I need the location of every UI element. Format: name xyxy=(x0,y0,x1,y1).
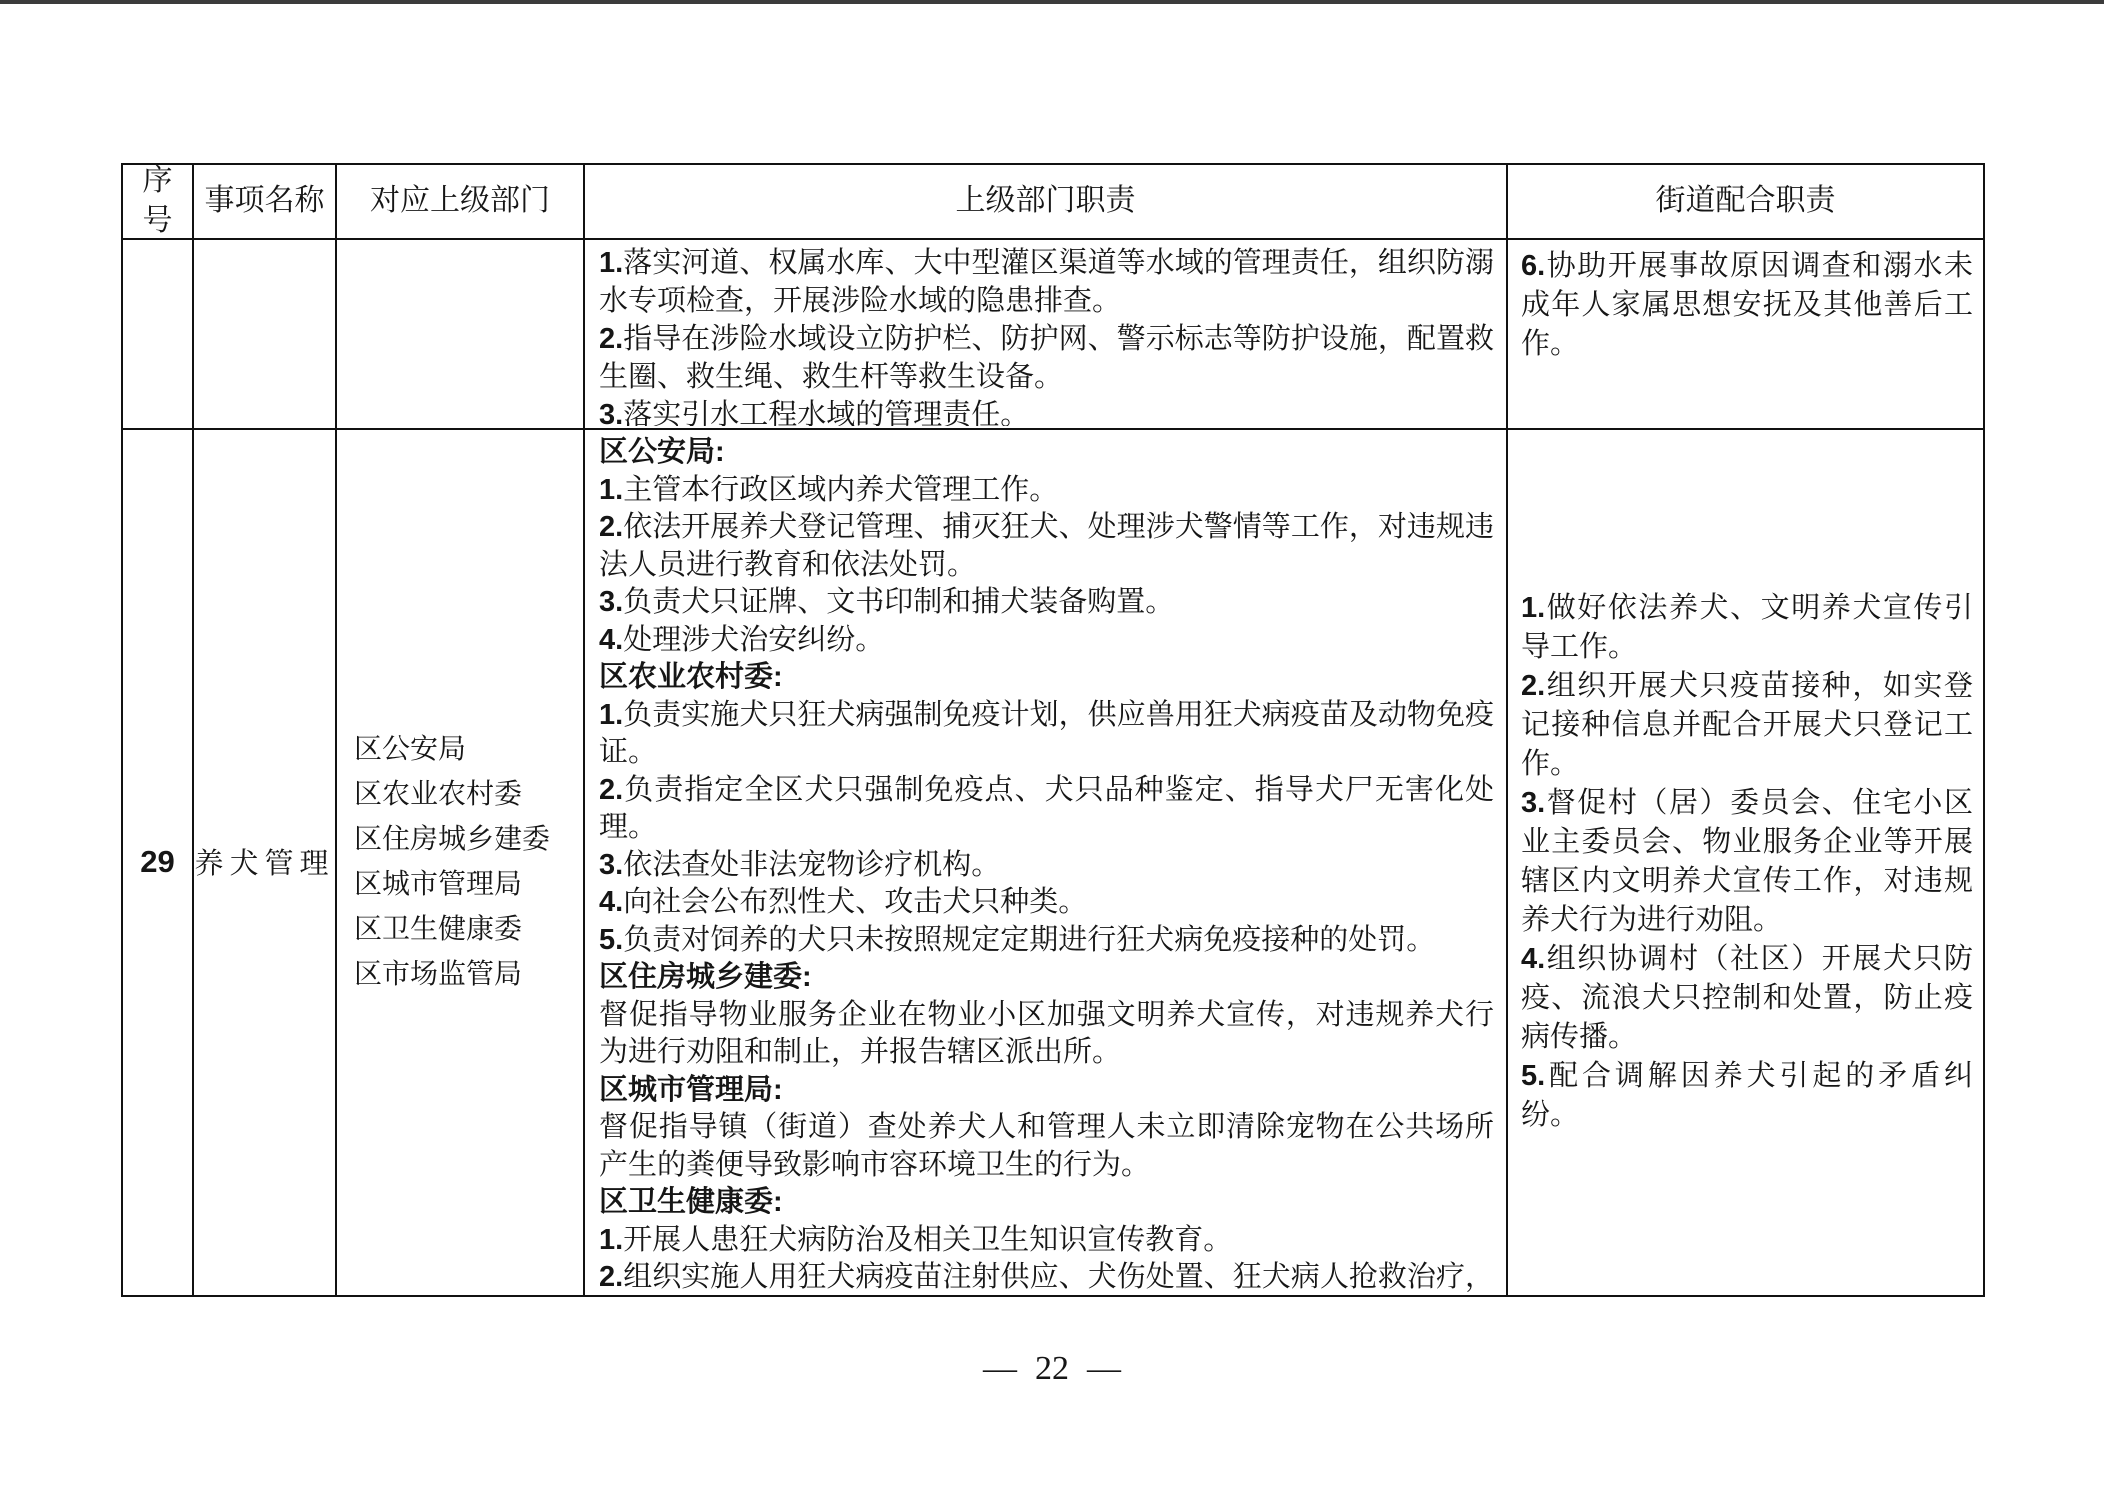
dept-heading: 区住房城乡建委: xyxy=(599,959,1494,997)
item-number: 4. xyxy=(1521,943,1545,975)
duty-item: 2.依法开展养犬登记管理、捕灭狂犬、处理涉犬警情等工作，对违规违法人员进行教育和… xyxy=(599,509,1494,584)
document-page: 序号 事项名称 对应上级部门 上级部门职责 街道配合职责 xyxy=(0,0,2104,1488)
item-text: 负责犬只证牌、文书印制和捕犬装备购置。 xyxy=(623,586,1174,618)
duty-item: 5.负责对饲养的犬只未按照规定定期进行狂犬病免疫接种的处罚。 xyxy=(599,922,1494,960)
item-text: 依法开展养犬登记管理、捕灭狂犬、处理涉犬警情等工作，对违规违法人员进行教育和依法… xyxy=(599,511,1494,581)
header-superior-duty: 上级部门职责 xyxy=(584,164,1507,239)
item-number: 4. xyxy=(599,624,623,656)
item-text: 督促指导物业服务企业在物业小区加强文明养犬宣传，对违规养犬行为进行劝阻和制止，并… xyxy=(599,999,1494,1069)
duty-item: 4.处理涉犬治安纠纷。 xyxy=(599,622,1494,660)
duty-item: 2.负责指定全区犬只强制免疫点、犬只品种鉴定、指导犬尸无害化处理。 xyxy=(599,772,1494,847)
header-superior-dept-label: 对应上级部门 xyxy=(337,165,583,236)
item-text: 落实引水工程水域的管理责任。 xyxy=(623,399,1029,426)
dept-list-item: 区市场监管局 xyxy=(354,952,583,997)
item-text: 负责实施犬只狂犬病强制免疫计划，供应兽用狂犬病疫苗及动物免疫证。 xyxy=(599,699,1494,769)
item-number: 3. xyxy=(1521,787,1545,819)
item-number: 1. xyxy=(599,474,623,506)
item-number: 2. xyxy=(599,1261,623,1293)
dept-list-item: 区城市管理局 xyxy=(354,862,583,907)
dept-list-item: 区公安局 xyxy=(354,727,583,772)
duties-table: 序号 事项名称 对应上级部门 上级部门职责 街道配合职责 xyxy=(121,163,1985,1297)
item-text: 落实河道、权属水库、大中型灌区渠道等水域的管理责任，组织防溺水专项检查，开展涉险… xyxy=(599,247,1494,317)
header-superior-duty-label: 上级部门职责 xyxy=(585,165,1506,236)
item-text: 督促村（居）委员会、住宅小区业主委员会、物业服务企业等开展辖区内文明养犬宣传工作… xyxy=(1521,787,1973,936)
duty-item: 5.配合调解因养犬引起的矛盾纠纷。 xyxy=(1521,1057,1973,1135)
duty-item: 6.协助开展事故原因调查和溺水未成年人家属思想安抚及其他善后工作。 xyxy=(1521,247,1973,364)
item-text: 组织开展犬只疫苗接种，如实登记接种信息并配合开展犬只登记工作。 xyxy=(1521,670,1973,780)
item-number: 1. xyxy=(599,247,623,279)
item-number: 1. xyxy=(599,1224,623,1256)
header-item-name-label: 事项名称 xyxy=(194,165,335,236)
duty-item: 2.组织实施人用狂犬病疫苗注射供应、犬伤处置、狂犬病人抢救治疗，开展流行病学调查… xyxy=(599,1259,1494,1293)
item-number: 2. xyxy=(599,511,623,543)
dept-heading: 区卫生健康委: xyxy=(599,1184,1494,1222)
item-number: 3. xyxy=(599,586,623,618)
item-number: 1. xyxy=(599,699,623,731)
item-number: 6. xyxy=(1521,250,1545,282)
item-text: 处理涉犬治安纠纷。 xyxy=(623,624,884,656)
item-number: 3. xyxy=(599,399,623,426)
header-seq: 序号 xyxy=(122,164,193,239)
seq-cell-empty xyxy=(122,239,193,429)
item-text: 组织协调村（社区）开展犬只防疫、流浪犬只控制和处置，防止疫病传播。 xyxy=(1521,943,1973,1053)
duty-item: 3.依法查处非法宠物诊疗机构。 xyxy=(599,847,1494,885)
seq-cell: 29 xyxy=(122,429,193,1296)
header-street-duty-label: 街道配合职责 xyxy=(1508,165,1983,236)
item-text: 开展人患狂犬病防治及相关卫生知识宣传教育。 xyxy=(623,1224,1232,1256)
dept-heading: 区城市管理局: xyxy=(599,1072,1494,1110)
duty-item: 1.落实河道、权属水库、大中型灌区渠道等水域的管理责任，组织防溺水专项检查，开展… xyxy=(599,244,1494,320)
page-number-dash-left: — xyxy=(983,1350,1017,1387)
item-text: 督促指导镇（街道）查处养犬人和管理人未立即清除宠物在公共场所产生的粪便导致影响市… xyxy=(599,1111,1494,1181)
item-number: 4. xyxy=(599,886,623,918)
street-duty-cell: 6.协助开展事故原因调查和溺水未成年人家属思想安抚及其他善后工作。 xyxy=(1507,239,1984,429)
header-street-duty: 街道配合职责 xyxy=(1507,164,1984,239)
item-text: 指导在涉险水域设立防护栏、防护网、警示标志等防护设施，配置救生圈、救生绳、救生杆… xyxy=(599,323,1494,393)
duty-item: 1.负责实施犬只狂犬病强制免疫计划，供应兽用狂犬病疫苗及动物免疫证。 xyxy=(599,697,1494,772)
duty-item: 4.向社会公布烈性犬、攻击犬只种类。 xyxy=(599,884,1494,922)
header-seq-label: 序号 xyxy=(141,161,175,241)
duty-item: 2.指导在涉险水域设立防护栏、防护网、警示标志等防护设施，配置救生圈、救生绳、救… xyxy=(599,320,1494,396)
duty-item: 1.开展人患狂犬病防治及相关卫生知识宣传教育。 xyxy=(599,1222,1494,1260)
duty-item: 2.组织开展犬只疫苗接种，如实登记接种信息并配合开展犬只登记工作。 xyxy=(1521,667,1973,784)
duty-item: 3.督促村（居）委员会、住宅小区业主委员会、物业服务企业等开展辖区内文明养犬宣传… xyxy=(1521,784,1973,940)
duty-item: 4.组织协调村（社区）开展犬只防疫、流浪犬只控制和处置，防止疫病传播。 xyxy=(1521,940,1973,1057)
item-name-cell: 养犬管理 xyxy=(193,429,336,1296)
item-text: 负责对饲养的犬只未按照规定定期进行狂犬病免疫接种的处罚。 xyxy=(623,924,1435,956)
duty-item: 督促指导镇（街道）查处养犬人和管理人未立即清除宠物在公共场所产生的粪便导致影响市… xyxy=(599,1109,1494,1184)
item-name-value: 养犬管理 xyxy=(194,841,334,882)
header-superior-dept: 对应上级部门 xyxy=(336,164,584,239)
header-item-name: 事项名称 xyxy=(193,164,336,239)
item-number: 3. xyxy=(599,849,623,881)
item-number: 2. xyxy=(599,774,623,806)
page-number: —22— xyxy=(0,1350,2104,1388)
item-text: 配合调解因养犬引起的矛盾纠纷。 xyxy=(1521,1060,1973,1131)
street-duty-cell: 1.做好依法养犬、文明养犬宣传引导工作。 2.组织开展犬只疫苗接种，如实登记接种… xyxy=(1507,429,1984,1296)
window-top-edge xyxy=(0,0,2104,4)
table-row-continuation: 1.落实河道、权属水库、大中型灌区渠道等水域的管理责任，组织防溺水专项检查，开展… xyxy=(122,239,1984,429)
table-header-row: 序号 事项名称 对应上级部门 上级部门职责 街道配合职责 xyxy=(122,164,1984,239)
item-name-cell-empty xyxy=(193,239,336,429)
superior-duty-cell: 区公安局: 1.主管本行政区域内养犬管理工作。 2.依法开展养犬登记管理、捕灭狂… xyxy=(584,429,1507,1296)
dept-heading: 区公安局: xyxy=(599,434,1494,472)
item-number: 2. xyxy=(1521,670,1545,702)
item-text: 负责指定全区犬只强制免疫点、犬只品种鉴定、指导犬尸无害化处理。 xyxy=(599,774,1494,844)
dept-heading: 区农业农村委: xyxy=(599,659,1494,697)
item-number: 5. xyxy=(599,924,623,956)
item-text: 向社会公布烈性犬、攻击犬只种类。 xyxy=(623,886,1087,918)
item-number: 2. xyxy=(599,323,623,355)
duty-item: 1.主管本行政区域内养犬管理工作。 xyxy=(599,472,1494,510)
table-row-29: 29 养犬管理 区公安局 区农业农村委 区住房城乡建委 区城市管理局 区卫生健康… xyxy=(122,429,1984,1296)
item-text: 协助开展事故原因调查和溺水未成年人家属思想安抚及其他善后工作。 xyxy=(1521,250,1973,360)
duty-item: 3.落实引水工程水域的管理责任。 xyxy=(599,396,1494,426)
duty-item: 1.做好依法养犬、文明养犬宣传引导工作。 xyxy=(1521,589,1973,667)
item-number: 1. xyxy=(1521,592,1545,624)
dept-list-item: 区住房城乡建委 xyxy=(354,817,583,862)
seq-value: 29 xyxy=(140,844,174,880)
superior-duty-cell: 1.落实河道、权属水库、大中型灌区渠道等水域的管理责任，组织防溺水专项检查，开展… xyxy=(584,239,1507,429)
superior-dept-cell-empty xyxy=(336,239,584,429)
duty-item: 3.负责犬只证牌、文书印制和捕犬装备购置。 xyxy=(599,584,1494,622)
dept-list-item: 区农业农村委 xyxy=(354,772,583,817)
dept-list-item: 区卫生健康委 xyxy=(354,907,583,952)
item-number: 5. xyxy=(1521,1060,1545,1092)
item-text: 主管本行政区域内养犬管理工作。 xyxy=(623,474,1058,506)
superior-dept-cell: 区公安局 区农业农村委 区住房城乡建委 区城市管理局 区卫生健康委 区市场监管局 xyxy=(336,429,584,1296)
page-number-dash-right: — xyxy=(1087,1350,1121,1387)
item-text: 做好依法养犬、文明养犬宣传引导工作。 xyxy=(1521,592,1973,663)
page-number-value: 22 xyxy=(1035,1350,1069,1387)
item-text: 依法查处非法宠物诊疗机构。 xyxy=(623,849,1000,881)
item-text: 组织实施人用狂犬病疫苗注射供应、犬伤处置、狂犬病人抢救治疗，开展流行病学调查。 xyxy=(599,1261,1494,1293)
duty-item: 督促指导物业服务企业在物业小区加强文明养犬宣传，对违规养犬行为进行劝阻和制止，并… xyxy=(599,997,1494,1072)
